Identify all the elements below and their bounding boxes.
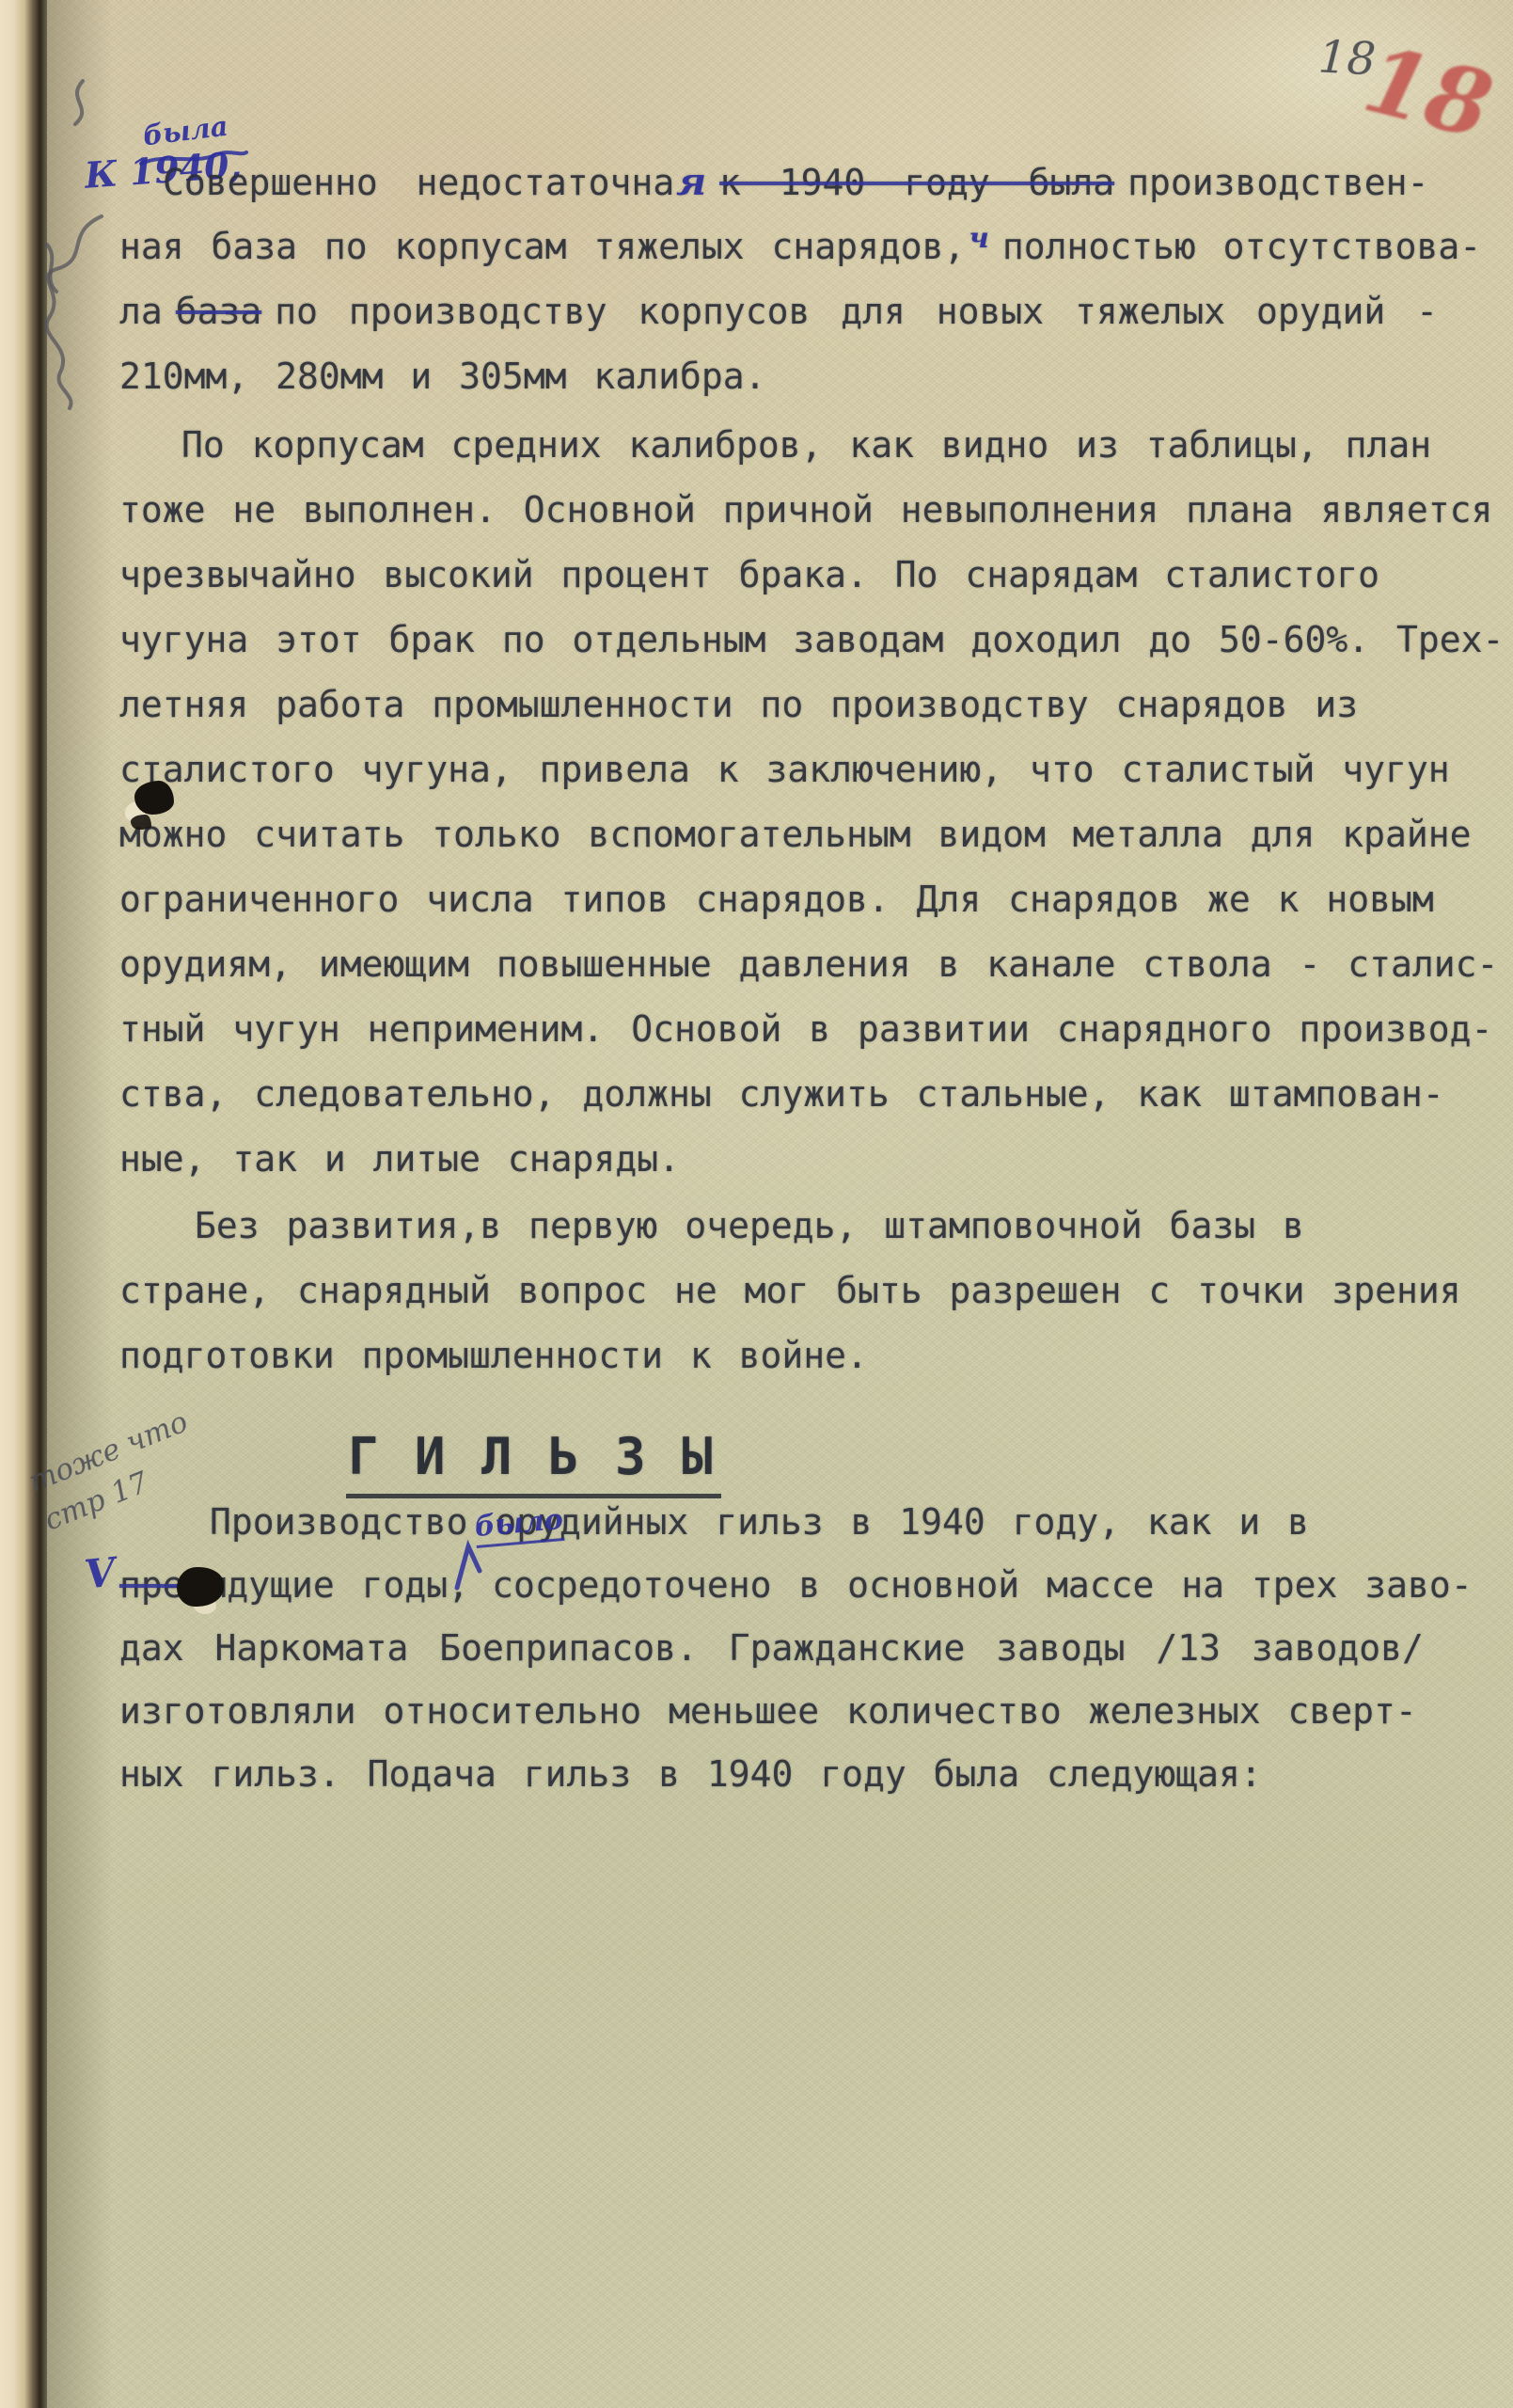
handwritten-insert-bylo: было [473,1503,564,1548]
page-number-red: 18 [1354,26,1502,160]
typed-line: тный чугун неприменим. Основой в развити… [119,997,1504,1062]
strikethrough-text: к 1940 году была [719,162,1114,203]
typed-line: подготовки промышленности к войне. [119,1323,1461,1388]
typed-line: чрезвычайно высокий процент брака. По сн… [119,543,1504,608]
typed-line: орудиям, имеющим повышенные давления в к… [119,932,1504,997]
paragraph-2: По корпусам средних калибров, как видно … [119,413,1504,1192]
typed-line: предыдущие годы,сосредоточено в основной… [119,1554,1473,1617]
margin-v-mark: V [83,1548,118,1597]
typed-text: ная база по корпусам тяжелых снарядов, [119,226,965,267]
typed-line: дах Наркомата Боеприпасов. Гражданские з… [119,1617,1473,1680]
paragraph-1: Совершенно недостаточнаяк 1940 году была… [119,150,1481,409]
typed-line: сталистого чугуна, привела к заключению,… [119,737,1504,802]
typed-text: сосредоточено в основной массе на трех з… [492,1564,1473,1606]
document-scan-page: 18 18 была К 1940, Совершенно недостаточ… [0,0,1513,2408]
typed-line: 210мм, 280мм и 305мм калибра. [119,344,1481,409]
section-heading-gilzy: Г И Л Ь З Ы [346,1427,721,1498]
ink-blot [134,781,174,815]
typed-line: Совершенно недостаточнаяк 1940 году была… [119,150,1481,214]
typed-line: Производство орудийных гильз в 1940 году… [119,1491,1473,1554]
typed-line: лабазапо производству корпусов для новых… [119,279,1481,344]
handwritten-appended-letter: я [676,160,706,204]
paragraph-4: Производство орудийных гильз в 1940 году… [119,1491,1473,1806]
typed-text: по производству корпусов для новых тяжел… [275,291,1438,332]
typed-line: тоже не выполнен. Основной причной невып… [119,478,1504,543]
page-edge-shadow [47,0,113,2408]
typed-text: производствен- [1127,162,1428,203]
typed-text: ла [119,291,163,332]
strikethrough-text: пре [119,1564,184,1606]
typed-line: ная база по корпусам тяжелых снарядов,чп… [119,214,1481,279]
typed-line: По корпусам средних калибров, как видно … [119,413,1504,478]
typed-line: летняя работа промышленности по производ… [119,673,1504,737]
insertion-mark: ч [969,206,988,271]
typed-line: ные, так и литые снаряды. [119,1127,1504,1192]
page-binding-edge [0,0,47,2408]
typed-line: ограниченного числа типов снарядов. Для … [119,867,1504,932]
typed-line: ства, следовательно, должны служить стал… [119,1062,1504,1127]
typed-text: полностью отсутствова- [1002,226,1481,267]
typed-line: ных гильз. Подача гильз в 1940 году была… [119,1743,1473,1806]
typed-text: Совершенно недостаточна [163,162,674,203]
typed-line: стране, снарядный вопрос не мог быть раз… [119,1259,1461,1323]
paragraph-3: Без развития,в первую очередь, штамповоч… [119,1194,1461,1388]
strikethrough-text: база [176,291,262,332]
typed-line: изготовляли относительно меньшее количес… [119,1680,1473,1743]
typed-line: чугуна этот брак по отдельным заводам до… [119,608,1504,673]
typed-line: можно считать только вспомогательным вид… [119,802,1504,867]
typed-text: дыдущие годы, [184,1564,469,1606]
typed-line: Без развития,в первую очередь, штамповоч… [119,1194,1461,1259]
